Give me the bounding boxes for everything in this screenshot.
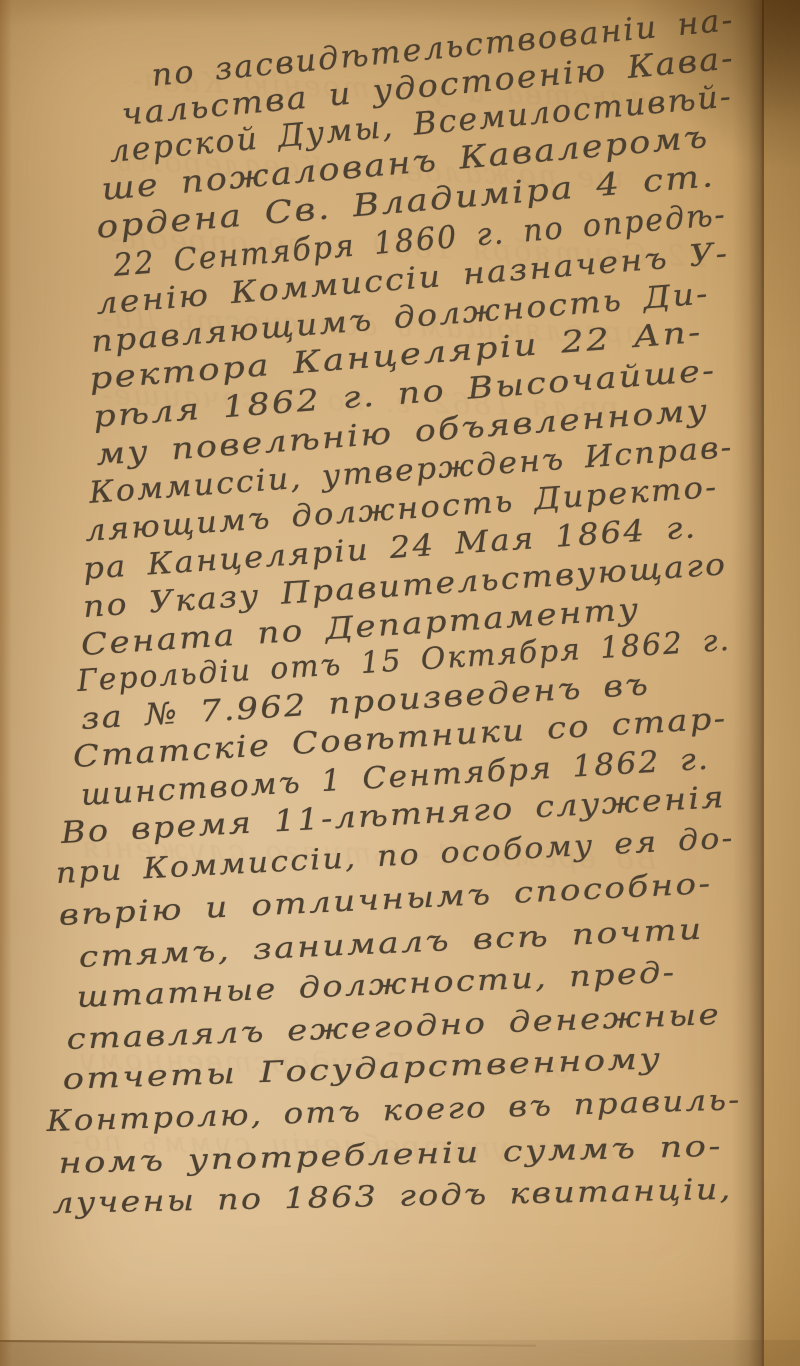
- manuscript-line: лучены по 1863 годъ квитанціи,: [52, 1172, 733, 1220]
- manuscript-line: номъ употребленіи суммъ по-: [58, 1129, 723, 1180]
- manuscript-photo: чальства и удостоенію Кава-ше пожалованъ…: [0, 0, 800, 1366]
- handwriting-layer: по засвидѣтельствованіи на-чальства и уд…: [0, 0, 800, 1366]
- page-edge-strip: [762, 0, 800, 1366]
